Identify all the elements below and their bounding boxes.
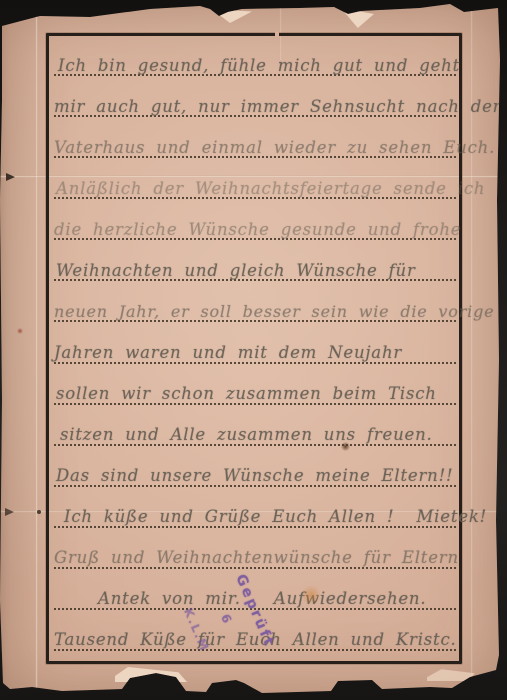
letter-line: neuen Jahr, er soll besser sein wie die … — [54, 281, 458, 322]
dotted-guide-line — [54, 649, 456, 651]
handwritten-text: Ich bin gesund, fühle mich gut und geht — [58, 58, 460, 75]
scanned-letter-photo: Ich bin gesund, fühle mich gut und geht … — [0, 0, 507, 700]
letter-line: Gruß und Weihnachtenwünsche für Eltern — [54, 528, 458, 569]
fold-crossing-dot — [37, 510, 41, 514]
letter-line: Weihnachten und gleich Wünsche für — [54, 240, 458, 281]
letter-line: Anläßlich der Weihnachtsfeiertage sende … — [54, 158, 458, 199]
torn-edge-sliver — [212, 7, 252, 23]
handwritten-text: Das sind unsere Wünsche meine Eltern!! — [56, 468, 453, 485]
handwritten-text: Jahren waren und mit dem Neujahr — [54, 345, 402, 362]
handwritten-text: Vaterhaus und einmal wieder zu sehen Euc… — [54, 140, 495, 157]
vertical-fold-crease — [35, 0, 38, 700]
handwritten-text: neuen Jahr, er soll besser sein wie die … — [54, 304, 494, 320]
handwritten-text: Gruß und Weihnachtenwünsche für Eltern — [54, 550, 459, 567]
handwritten-text: mir auch gut, nur immer Sehnsucht nach d… — [54, 99, 507, 116]
torn-edge-sliver — [338, 8, 374, 28]
letter-lines: Ich bin gesund, fühle mich gut und geht … — [54, 35, 458, 651]
letter-line: sitzen und Alle zusammen uns freuen. — [54, 405, 458, 446]
letter-line: die herzliche Wünsche gesunde und frohe — [54, 199, 458, 240]
letter-line: Ich bin gesund, fühle mich gut und geht — [54, 35, 458, 76]
letter-line: Vaterhaus und einmal wieder zu sehen Euc… — [54, 117, 458, 158]
fold-edge-mark — [6, 173, 15, 181]
handwritten-text: die herzliche Wünsche gesunde und frohe — [54, 222, 461, 239]
handwritten-text: Anläßlich der Weihnachtsfeiertage sende … — [56, 181, 485, 198]
handwritten-text: Ich küße und Grüße Euch Allen ! Mietek! — [64, 509, 487, 526]
torn-edge-sliver — [427, 668, 475, 681]
letter-line: Jahren waren und mit dem Neujahr — [54, 322, 458, 363]
handwritten-text: sollen wir schon zusammen beim Tisch — [56, 386, 437, 403]
torn-edge-sliver — [115, 667, 187, 682]
letter-line: Antek von mir. Aufwiedersehen. — [54, 569, 458, 610]
handwritten-text: Weihnachten und gleich Wünsche für — [56, 263, 416, 280]
handwritten-text: Tausend Küße für Euch Allen und Kristc. — [54, 632, 457, 649]
handwritten-text: Antek von mir. Aufwiedersehen. — [98, 591, 426, 608]
handwritten-text: sitzen und Alle zusammen uns freuen. — [60, 427, 433, 444]
fold-edge-mark — [5, 508, 14, 516]
letter-line: mir auch gut, nur immer Sehnsucht nach d… — [54, 76, 458, 117]
letter-line: Das sind unsere Wünsche meine Eltern!! — [54, 446, 458, 487]
letter-line: sollen wir schon zusammen beim Tisch — [54, 364, 458, 405]
letter-paper: Ich bin gesund, fühle mich gut und geht … — [0, 0, 507, 700]
letter-line: Ich küße und Grüße Euch Allen ! Mietek! — [54, 487, 458, 528]
letter-line: Tausend Küße für Euch Allen und Kristc. — [54, 610, 458, 651]
stain — [17, 328, 23, 334]
